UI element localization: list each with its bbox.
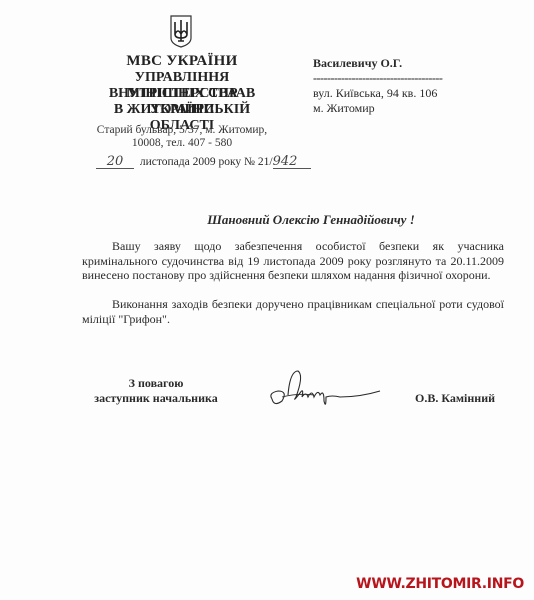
signer-position: заступник начальника [82,391,230,406]
recipient-city: м. Житомир [313,101,442,116]
signer-name: О.В. Камінний [415,391,495,406]
salutation: Шановний Олексію Геннадійовичу ! [0,212,534,228]
signature-icon [268,367,388,413]
recipient-street: вул. Київська, 94 кв. 106 [313,86,442,101]
closing-block: З повагою заступник начальника [82,376,230,406]
handwritten-day: 20 [96,156,134,169]
paragraph-1-text: Вашу заяву щодо забезпечення особистої б… [82,239,504,282]
registration-line: 20 листопада 2009 року № 21/942 [96,156,311,169]
registration-text: листопада 2009 року № 21/ [137,156,273,168]
website-watermark: WWW.ZHITOMIR.INFO [356,576,524,592]
closing-regards: З повагою [82,376,230,391]
ministry-title: МВС УКРАЇНИ [82,53,282,70]
recipient-separator: ------------------------------------- [313,71,442,86]
body-paragraph-1: Вашу заяву щодо забезпечення особистої б… [82,239,504,283]
sender-address-line-1: Старий бульвар, 5/37, м. Житомир, [82,124,282,136]
recipient-name: Василевичу О.Г. [313,56,442,71]
sender-address-line-2: 10008, тел. 407 - 580 [82,137,282,149]
recipient-block: Василевичу О.Г. ------------------------… [313,56,442,116]
trident-coat-of-arms-icon [169,14,193,48]
body-paragraph-2: Виконання заходів безпеки доручено праці… [82,297,504,326]
paragraph-2-text: Виконання заходів безпеки доручено праці… [82,297,504,326]
handwritten-reg-number: 942 [273,156,311,169]
